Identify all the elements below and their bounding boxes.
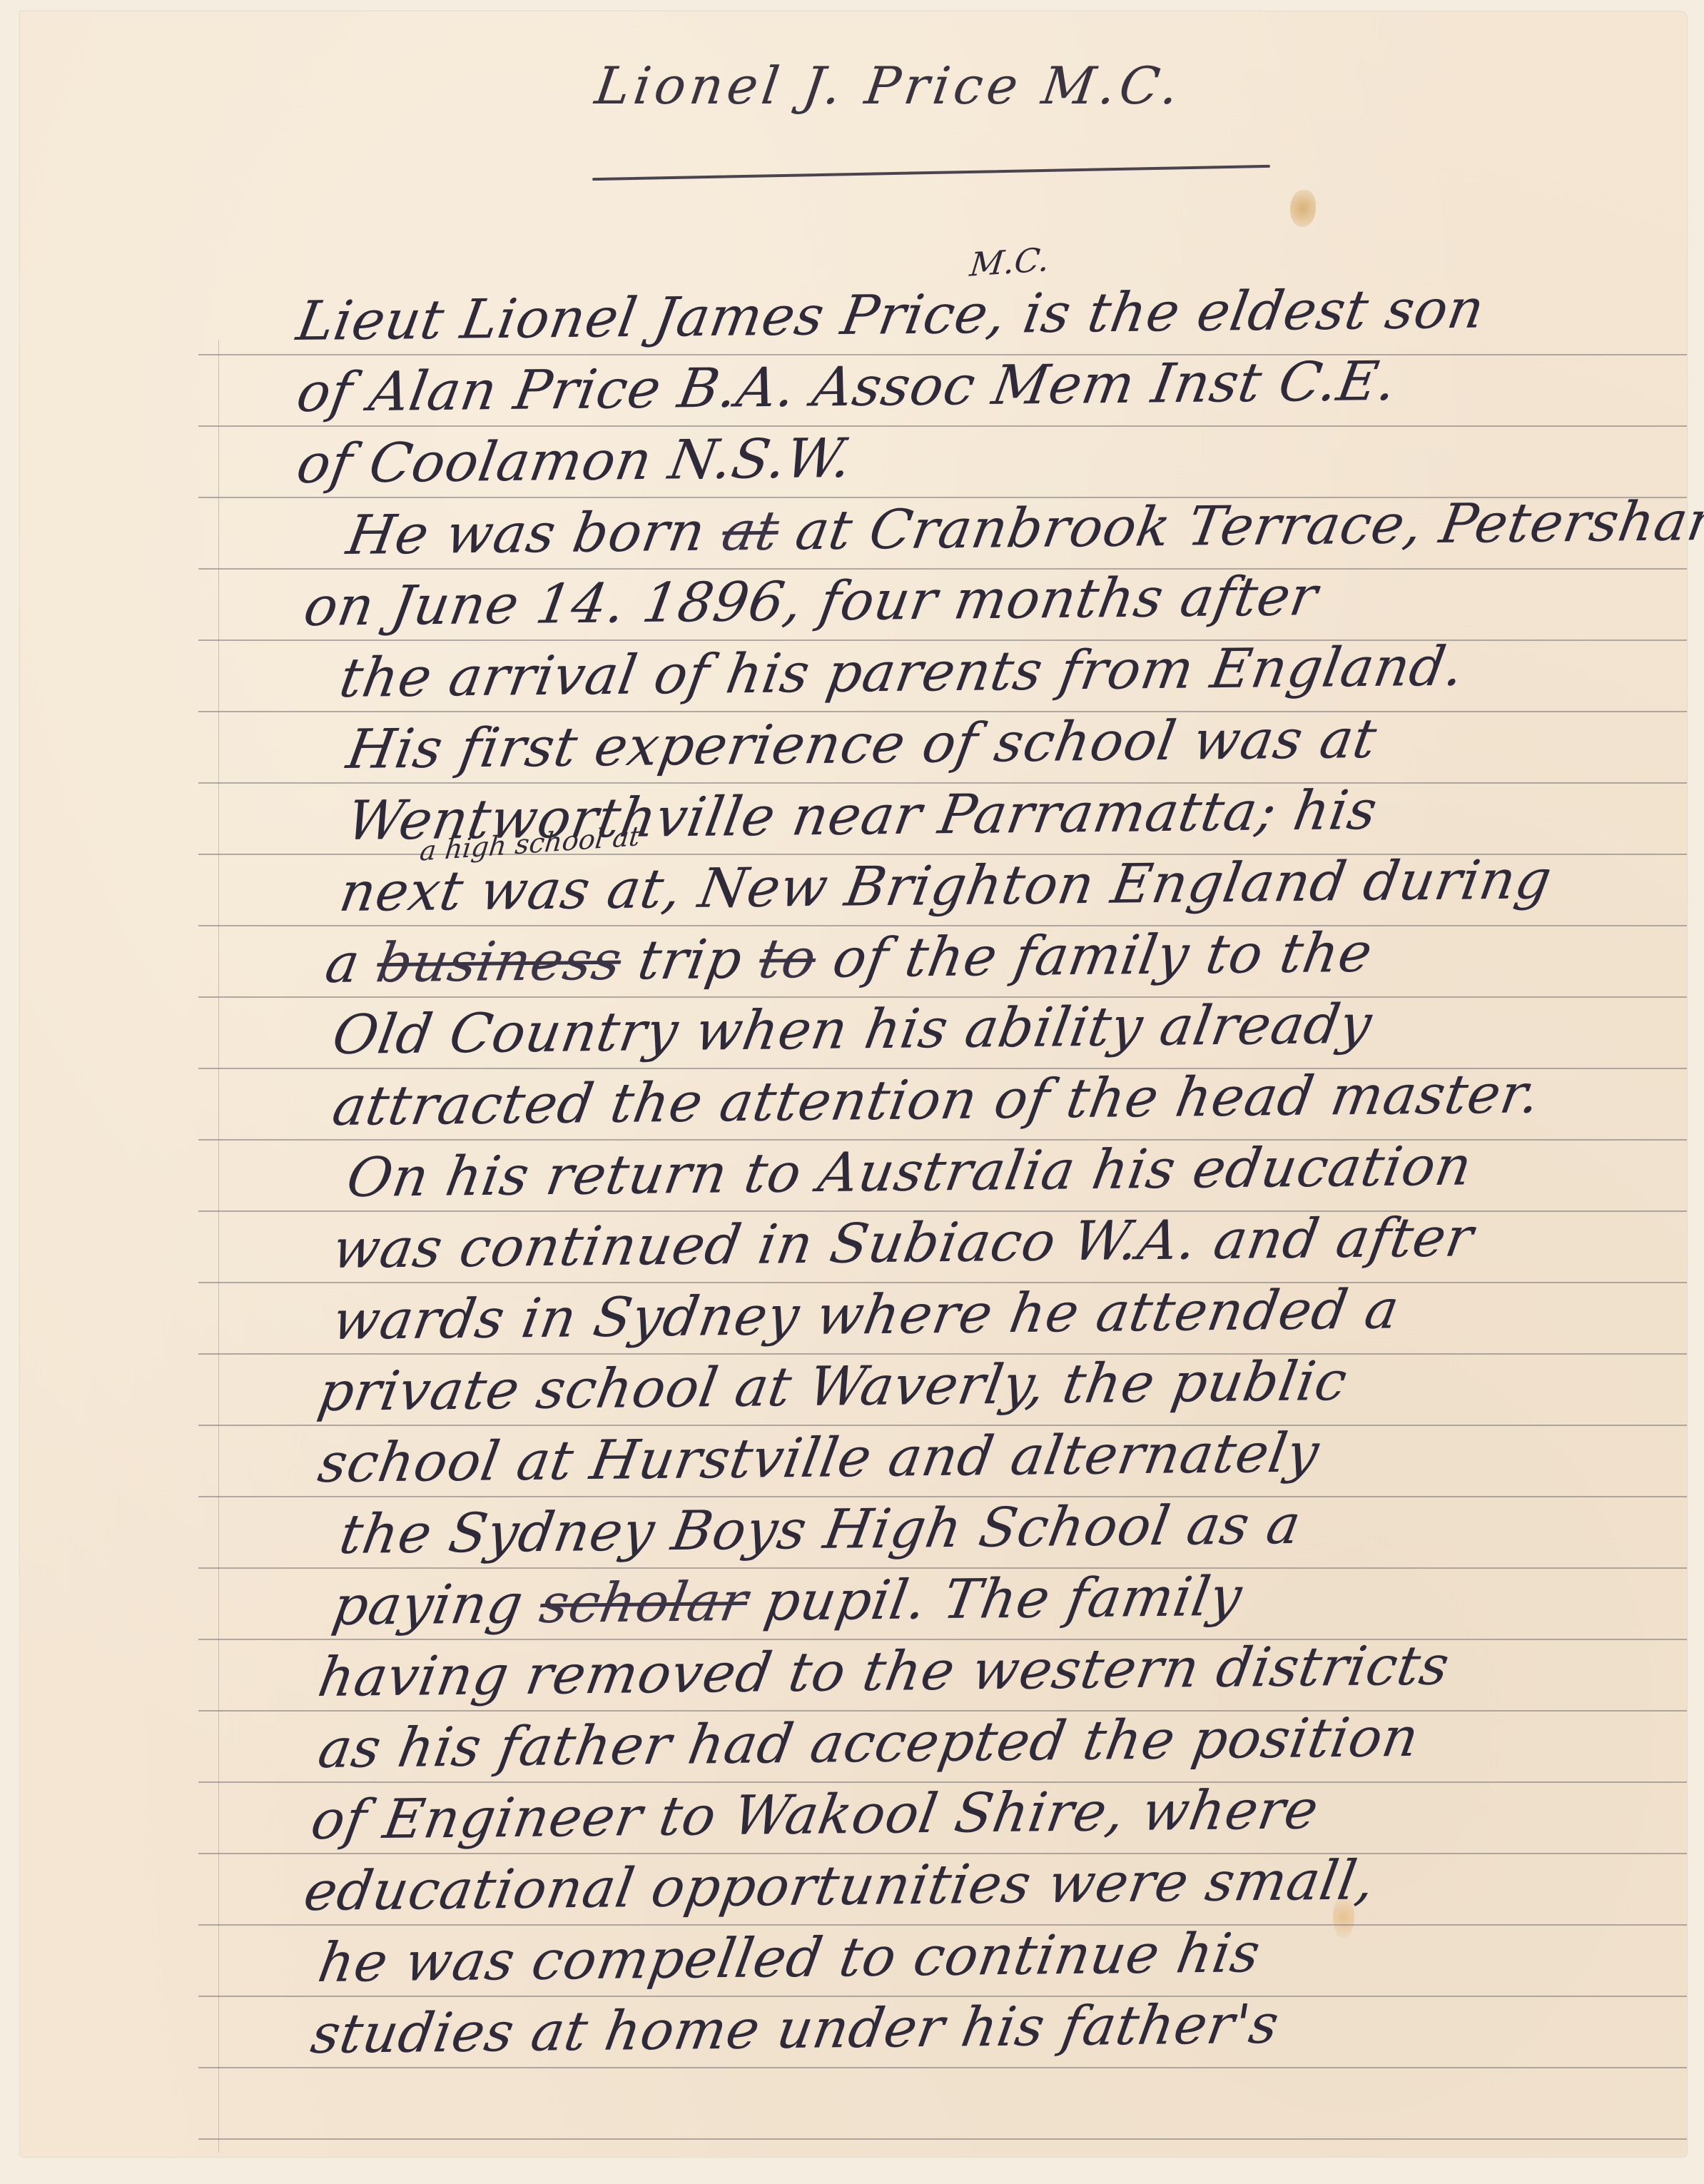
interlinear-insert: M.C. <box>968 240 1052 284</box>
struck-text: business <box>372 929 627 995</box>
manuscript-line: was continued in Subiaco W.A. and after <box>328 1205 1479 1280</box>
manuscript-line: next was at, New Brighton England during <box>335 847 1556 924</box>
struck-text: scholar <box>535 1569 752 1635</box>
manuscript-line: the arrival of his parents from England. <box>335 635 1469 709</box>
manuscript-line: as his father had accepted the position <box>314 1705 1424 1780</box>
line-text: trip <box>616 927 765 992</box>
manuscript-line: on June 14. 1896, four months after <box>300 564 1322 638</box>
manuscript-line: educational opportunities were small, <box>300 1848 1380 1923</box>
manuscript-line: Old Country when his ability already <box>328 992 1376 1066</box>
manuscript-line: having removed to the western districts <box>314 1633 1454 1709</box>
manuscript-line: the Sydney Boys High School as a <box>335 1492 1306 1566</box>
manuscript-line: On his return to Australia his education <box>343 1134 1477 1209</box>
ruled-line <box>198 2138 1687 2140</box>
manuscript-line: he was compelled to continue his <box>314 1921 1265 1994</box>
line-text: at Cranbrook Terrace, Petersham <box>774 489 1704 562</box>
line-text: He was born <box>343 500 728 567</box>
line-text: of the family to the <box>811 921 1377 990</box>
manuscript-line: wards in Sydney where he attended a <box>328 1277 1404 1352</box>
manuscript-line: His first experience of school was at <box>343 707 1381 781</box>
ruled-line <box>198 2067 1687 2068</box>
manuscript-line: studies at home under his father's <box>307 1992 1284 2066</box>
manuscript-line: paying scholar pupil. The family <box>328 1564 1247 1637</box>
manuscript-line: Lieut Lionel James Price, is the eldest … <box>293 277 1489 353</box>
manuscript-line: school at Hurstville and alternately <box>314 1420 1324 1495</box>
manuscript-line: attracted the attention of the head mast… <box>328 1061 1545 1138</box>
margin-line <box>218 340 219 2153</box>
line-text: paying <box>328 1572 546 1637</box>
struck-text: to <box>755 926 821 991</box>
document-title: Lionel J. Price M.C. <box>592 56 1187 116</box>
line-text: pupil. The family <box>742 1564 1247 1633</box>
manuscript-line: of Coolamon N.S.W. <box>293 426 857 495</box>
manuscript-line: Wentworthville near Parramatta; his <box>343 778 1382 852</box>
manuscript-line: of Engineer to Wakool Shire, where <box>307 1777 1324 1851</box>
struck-text: at <box>718 499 784 563</box>
ink-stain <box>1290 190 1316 227</box>
manuscript-line: private school at Waverly, the public <box>314 1349 1352 1423</box>
manuscript-line: of Alan Price B.A. Assoc Mem Inst C.E. <box>293 349 1401 424</box>
manuscript-line: a business trip to of the family to the <box>321 921 1377 995</box>
ruled-line <box>198 425 1687 427</box>
